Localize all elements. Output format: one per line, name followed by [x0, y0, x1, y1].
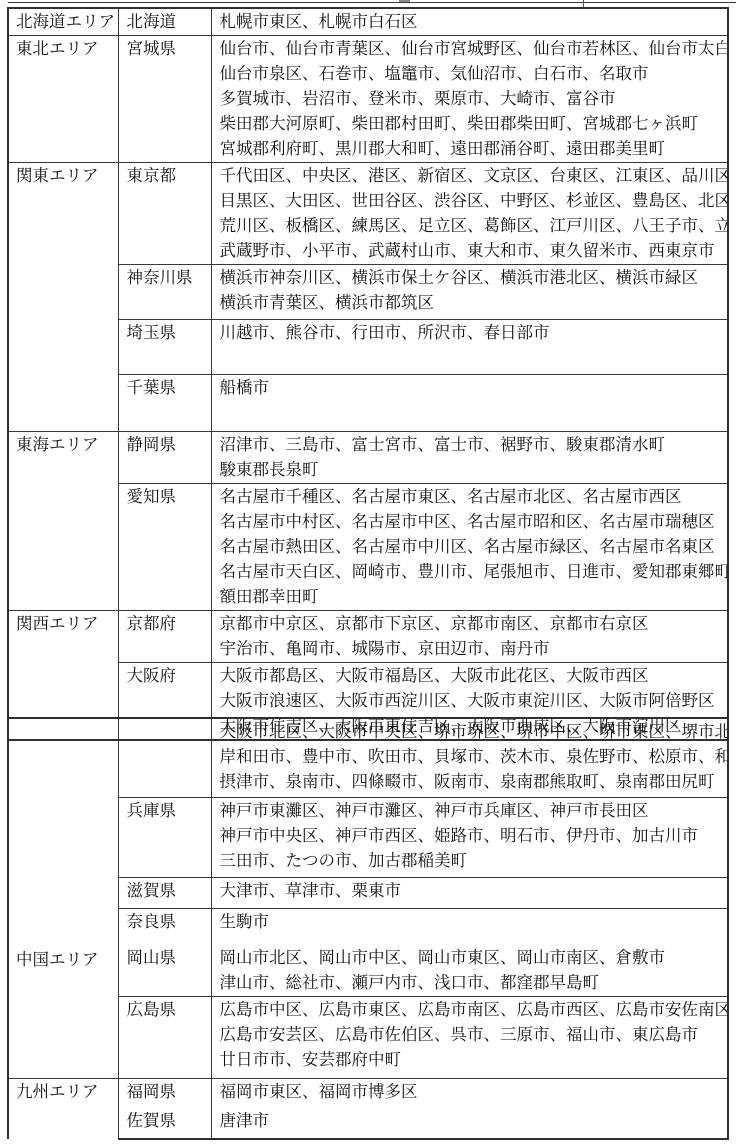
- cities-line: 武蔵野市、小平市、武蔵村山市、東大和市、東久留米市、西東京市: [220, 239, 723, 264]
- prefecture-cell-shizuoka: 静岡県: [118, 432, 211, 484]
- area-city-table-upper: 北海道エリア 北海道 札幌市東区、札幌市白石区 東北エリア 宮城県 仙台市、仙台…: [7, 7, 729, 741]
- cities-cell-fukuoka: 福岡市東区、福岡市博多区: [211, 1079, 728, 1108]
- cities-line: 大阪市浪速区、大阪市西淀川区、大阪市東淀川区、大阪市阿倍野区: [220, 689, 723, 714]
- area-cell-hokkaido: 北海道エリア: [8, 8, 118, 36]
- cities-line: 大阪市都島区、大阪市福島区、大阪市此花区、大阪市西区: [220, 664, 723, 689]
- cities-line: 千代田区、中央区、港区、新宿区、文京区、台東区、江東区、品川区: [220, 164, 723, 189]
- prefecture-cell-fukuoka: 福岡県: [118, 1079, 211, 1108]
- cities-line: 大阪市北区、大阪市中央区、堺市堺区、堺市中区、堺市東区、堺市北区: [220, 720, 723, 745]
- prefecture-cell-aichi: 愛知県: [118, 484, 211, 611]
- prefecture-cell-saitama: 埼玉県: [118, 320, 211, 375]
- cities-cell-miyagi: 仙台市、仙台市青葉区、仙台市宮城野区、仙台市若林区、仙台市太白区 仙台市泉区、石…: [211, 36, 728, 163]
- prefecture-cell-empty: [118, 718, 211, 797]
- cities-line: 仙台市、仙台市青葉区、仙台市宮城野区、仙台市若林区、仙台市太白区: [220, 37, 723, 62]
- prefecture-cell-okayama: 岡山県: [118, 945, 211, 997]
- cities-cell-kyoto: 京都市中京区、京都市下京区、京都市南区、京都市右京区 宇治市、亀岡市、城陽市、京…: [211, 611, 728, 663]
- cities-cell-chiba: 船橋市: [211, 375, 728, 432]
- cities-cell-saga: 唐津市: [211, 1108, 728, 1139]
- cities-line: 福岡市東区、福岡市博多区: [220, 1080, 723, 1105]
- area-cell-kanto: 関東エリア: [8, 163, 118, 432]
- prefecture-cell-kyoto: 京都府: [118, 611, 211, 663]
- cities-cell-shizuoka: 沼津市、三島市、富士宮市、富士市、裾野市、駿東郡清水町 駿東郡長泉町: [211, 432, 728, 484]
- cities-line: 広島市安芸区、広島市佐伯区、呉市、三原市、福山市、東広島市: [220, 1023, 723, 1048]
- cities-line: 額田郡幸田町: [220, 585, 723, 610]
- cities-line: 仙台市泉区、石巻市、塩竈市、気仙沼市、白石市、名取市: [220, 62, 723, 87]
- prefecture-cell-miyagi: 宮城県: [118, 36, 211, 163]
- cities-line: 岸和田市、豊中市、吹田市、貝塚市、茨木市、泉佐野市、松原市、和泉市: [220, 745, 723, 770]
- page: 北海道エリア 北海道 札幌市東区、札幌市白石区 東北エリア 宮城県 仙台市、仙台…: [0, 0, 737, 1147]
- cities-line: 横浜市青葉区、横浜市都筑区: [220, 291, 723, 316]
- cities-line: 駿東郡長泉町: [220, 458, 723, 483]
- cities-cell-aichi: 名古屋市千種区、名古屋市東区、名古屋市北区、名古屋市西区 名古屋市中村区、名古屋…: [211, 484, 728, 611]
- prefecture-cell-hyogo: 兵庫県: [118, 797, 211, 877]
- cities-line: 目黒区、大田区、世田谷区、渋谷区、中野区、杉並区、豊島区、北区: [220, 189, 723, 214]
- cities-line: 広島市中区、広島市東区、広島市南区、広島市西区、広島市安佐南区: [220, 998, 723, 1023]
- cities-line: 神戸市中央区、神戸市西区、姫路市、明石市、伊丹市、加古川市: [220, 824, 723, 849]
- row-hokkaido: 北海道エリア 北海道 札幌市東区、札幌市白石区: [8, 8, 728, 36]
- row-shizuoka: 東海エリア 静岡県 沼津市、三島市、富士宮市、富士市、裾野市、駿東郡清水町 駿東…: [8, 432, 728, 484]
- cities-cell-hiroshima: 広島市中区、広島市東区、広島市南区、広島市西区、広島市安佐南区 広島市安芸区、広…: [211, 997, 728, 1079]
- prefecture-cell-kanagawa: 神奈川県: [118, 265, 211, 320]
- cities-line: 摂津市、泉南市、四條畷市、阪南市、泉南郡熊取町、泉南郡田尻町: [220, 770, 723, 795]
- prefecture-cell-chiba: 千葉県: [118, 375, 211, 432]
- cities-line: 船橋市: [220, 376, 723, 401]
- cities-cell-shiga: 大津市、草津市、栗東市: [211, 877, 728, 908]
- cities-line: 神戸市東灘区、神戸市灘区、神戸市兵庫区、神戸市長田区: [220, 799, 723, 824]
- cities-line: 宮城郡利府町、黒川郡大和町、遠田郡涌谷町、遠田郡美里町: [220, 137, 723, 162]
- cities-line: 唐津市: [220, 1109, 723, 1134]
- cities-line: 柴田郡大河原町、柴田郡村田町、柴田郡柴田町、宮城郡七ヶ浜町: [220, 112, 723, 137]
- prefecture-cell-shiga: 滋賀県: [118, 877, 211, 908]
- cropped-row-border-artifact: [8, 2, 736, 3]
- cities-line: 廿日市市、安芸郡府中町: [220, 1048, 723, 1073]
- cities-cell-okayama: 岡山市北区、岡山市中区、岡山市東区、岡山市南区、倉敷市 津山市、総社市、瀬戸内市…: [211, 945, 728, 997]
- cities-line: 津山市、総社市、瀬戸内市、浅口市、都窪郡早島町: [220, 971, 723, 996]
- cities-cell-nara: 生駒市: [211, 908, 728, 945]
- cities-line: 名古屋市中村区、名古屋市中区、名古屋市昭和区、名古屋市瑞穂区: [220, 510, 723, 535]
- cities-cell-osaka-continued: 大阪市北区、大阪市中央区、堺市堺区、堺市中区、堺市東区、堺市北区 岸和田市、豊中…: [211, 718, 728, 797]
- prefecture-cell-hokkaido: 北海道: [118, 8, 211, 36]
- cities-line: 京都市中京区、京都市下京区、京都市南区、京都市右京区: [220, 612, 723, 637]
- cropped-cell-border-artifact: [583, 0, 584, 7]
- cities-cell-kanagawa: 横浜市神奈川区、横浜市保土ケ谷区、横浜市港北区、横浜市緑区 横浜市青葉区、横浜市…: [211, 265, 728, 320]
- area-cell-kyushu: 九州エリア: [8, 1079, 118, 1139]
- cities-cell-saitama: 川越市、熊谷市、行田市、所沢市、春日部市: [211, 320, 728, 375]
- cities-line: 大津市、草津市、栗東市: [220, 879, 723, 904]
- cities-line: 名古屋市天白区、岡崎市、豊川市、尾張旭市、日進市、愛知郡東郷町: [220, 560, 723, 585]
- cities-line: 岡山市北区、岡山市中区、岡山市東区、岡山市南区、倉敷市: [220, 946, 723, 971]
- cities-line: 沼津市、三島市、富士宮市、富士市、裾野市、駿東郡清水町: [220, 433, 723, 458]
- row-osaka-continued: 中国エリア 大阪市北区、大阪市中央区、堺市堺区、堺市中区、堺市東区、堺市北区 岸…: [8, 718, 728, 797]
- cities-line: 荒川区、板橋区、練馬区、足立区、葛飾区、江戸川区、八王子市、立川市: [220, 214, 723, 239]
- row-fukuoka: 九州エリア 福岡県 福岡市東区、福岡市博多区: [8, 1079, 728, 1108]
- cities-line: 生駒市: [220, 910, 723, 935]
- prefecture-cell-saga: 佐賀県: [118, 1108, 211, 1139]
- cities-line: 川越市、熊谷市、行田市、所沢市、春日部市: [220, 321, 723, 346]
- cities-line: 三田市、たつの市、加古郡稲美町: [220, 849, 723, 874]
- cities-line: 多賀城市、岩沼市、登米市、栗原市、大崎市、富谷市: [220, 87, 723, 112]
- cropped-text-artifact: [399, 0, 410, 2]
- cities-line: 名古屋市千種区、名古屋市東区、名古屋市北区、名古屋市西区: [220, 485, 723, 510]
- cities-line: 名古屋市熱田区、名古屋市中川区、名古屋市緑区、名古屋市名東区: [220, 535, 723, 560]
- cities-line: 札幌市東区、札幌市白石区: [220, 10, 723, 35]
- cities-cell-hokkaido: 札幌市東区、札幌市白石区: [211, 8, 728, 36]
- area-cell-chugoku: 中国エリア: [8, 718, 118, 1079]
- cities-cell-hyogo: 神戸市東灘区、神戸市灘区、神戸市兵庫区、神戸市長田区 神戸市中央区、神戸市西区、…: [211, 797, 728, 877]
- area-cell-tokai: 東海エリア: [8, 432, 118, 611]
- area-cell-tohoku: 東北エリア: [8, 36, 118, 163]
- row-tokyo: 関東エリア 東京都 千代田区、中央区、港区、新宿区、文京区、台東区、江東区、品川…: [8, 163, 728, 265]
- cities-line: 横浜市神奈川区、横浜市保土ケ谷区、横浜市港北区、横浜市緑区: [220, 266, 723, 291]
- cities-line: 宇治市、亀岡市、城陽市、京田辺市、南丹市: [220, 637, 723, 662]
- prefecture-cell-nara: 奈良県: [118, 908, 211, 945]
- cities-cell-tokyo: 千代田区、中央区、港区、新宿区、文京区、台東区、江東区、品川区 目黒区、大田区、…: [211, 163, 728, 265]
- row-miyagi: 東北エリア 宮城県 仙台市、仙台市青葉区、仙台市宮城野区、仙台市若林区、仙台市太…: [8, 36, 728, 163]
- row-kyoto: 関西エリア 京都府 京都市中京区、京都市下京区、京都市南区、京都市右京区 宇治市…: [8, 611, 728, 663]
- prefecture-cell-hiroshima: 広島県: [118, 997, 211, 1079]
- area-city-table-lower: 中国エリア 大阪市北区、大阪市中央区、堺市堺区、堺市中区、堺市東区、堺市北区 岸…: [7, 717, 729, 1140]
- prefecture-cell-tokyo: 東京都: [118, 163, 211, 265]
